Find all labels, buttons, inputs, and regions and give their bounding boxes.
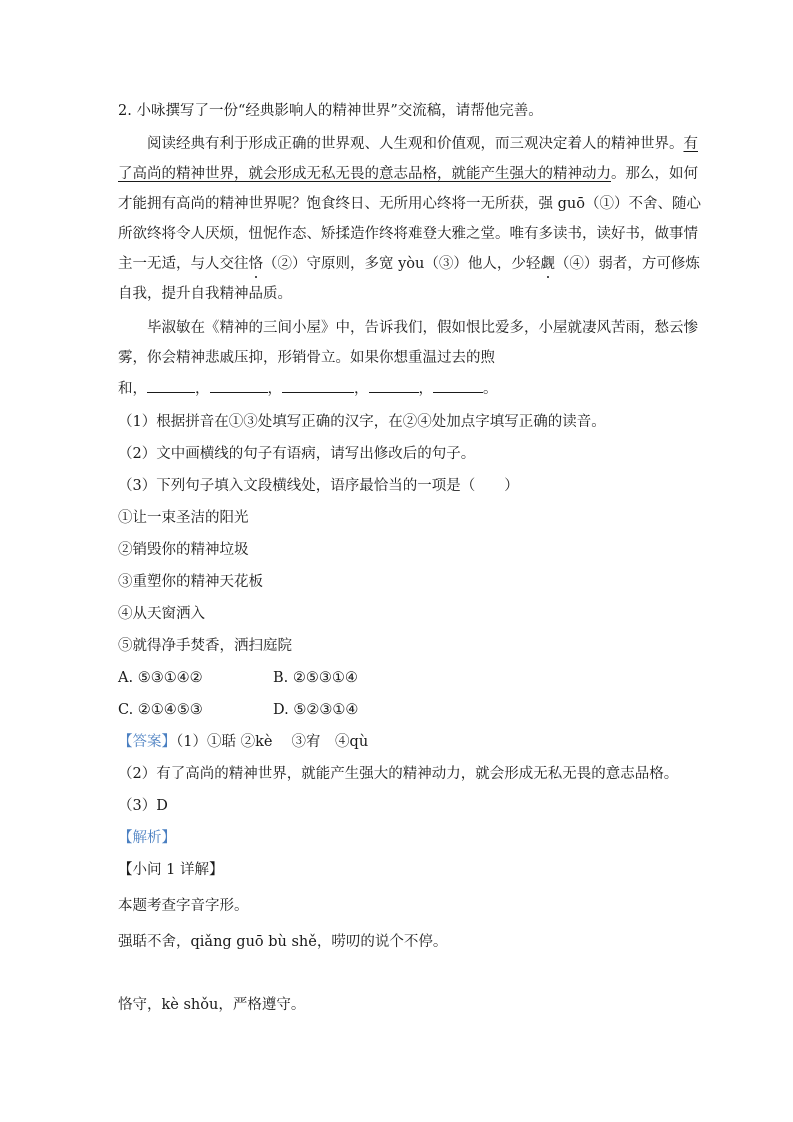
option-d[interactable]: D. ⑤②③①④ (273, 700, 358, 720)
para1-text: （④）弱者，方可修炼 (555, 256, 700, 272)
analysis-tag: 【解析】 (118, 828, 176, 848)
comma: ， (354, 381, 369, 397)
answer-2: （2）有了高尚的精神世界，就能产生强大的精神动力，就会形成无私无畏的意志品格。 (118, 764, 678, 784)
fill-blank-3[interactable] (282, 378, 354, 393)
dotted-char-qu: 觑 (540, 254, 555, 274)
analysis-subtitle: 【小问 1 详解】 (118, 860, 223, 880)
para1-line3: 才能拥有高尚的精神世界呢？饱食终日、无所用心终将一无所获，强 guō（①）不舍、… (118, 194, 701, 214)
para1-text: 。那么，如何 (611, 166, 698, 182)
fill-blank-4[interactable] (369, 378, 419, 393)
answer-3: （3）D (118, 796, 168, 816)
comma: ， (268, 381, 283, 397)
para1-line5: 主一无适，与人交往恪（②）守原则，多宽 yòu（③）他人，少轻觑（④）弱者，方可… (118, 254, 700, 274)
para2-line1: 毕淑敏在《精神的三间小屋》中，告诉我们，假如恨比爱多，小屋就凄风苦雨，愁云惨 (147, 318, 698, 338)
options-row-2: C. ②①④⑤③ D. ⑤②③①④ (118, 700, 518, 720)
underlined-sentence-start: 有 (684, 136, 699, 152)
sentence-1: ①让一束圣洁的阳光 (118, 508, 249, 528)
sub-question-3: （3）下列句子填入文段横线处，语序最恰当的一项是（ ） (118, 476, 519, 496)
option-a[interactable]: A. ⑤③①④② (118, 670, 203, 686)
question-title: 2. 小咏撰写了一份“经典影响人的精神世界”交流稿，请帮他完善。 (118, 101, 543, 121)
options-row-1: A. ⑤③①④② B. ②⑤③①④ (118, 668, 518, 688)
sentence-4: ④从天窗洒入 (118, 604, 205, 624)
answer-line-1: 【答案】（1）①聒 ②kè ③宥 ④qù (118, 732, 368, 752)
fill-blank-2[interactable] (210, 378, 268, 393)
para1-text: 主一无适，与人交往 (118, 256, 249, 272)
para2-line2: 雾，你会精神悲戚压抑，形销骨立。如果你想重温过去的煦 (118, 348, 495, 368)
fill-blank-5[interactable] (433, 378, 483, 393)
sentence-5: ⑤就得净手焚香，洒扫庭院 (118, 636, 292, 656)
period: 。 (483, 381, 498, 397)
para1-line4: 所欲终将令人厌烦，忸怩作态、矫揉造作终将难登大雅之堂。唯有多读书，读好书，做事情 (118, 224, 698, 244)
sentence-2: ②销毁你的精神垃圾 (118, 540, 249, 560)
para2-text: 和， (118, 381, 147, 397)
para2-line3-blanks: 和，，，，，。 (118, 378, 498, 398)
underlined-sentence: 了高尚的精神世界，就会形成无私无畏的意志品格，就能产生强大的精神动力 (118, 166, 611, 182)
analysis-item-1: 强聒不舍，qiǎng guō bù shě，唠叨的说个不停。 (118, 932, 447, 952)
para1-line6: 自我，提升自我精神品质。 (118, 284, 292, 304)
comma: ， (419, 381, 434, 397)
dotted-char-ke: 恪 (249, 254, 264, 274)
sentence-3: ③重塑你的精神天花板 (118, 572, 263, 592)
analysis-intro: 本题考查字音字形。 (118, 896, 249, 916)
para1-text: （②）守原则，多宽 yòu（③）他人，少轻 (263, 256, 540, 272)
option-c[interactable]: C. ②①④⑤③ (118, 702, 203, 718)
comma: ， (195, 381, 210, 397)
sub-question-1: （1）根据拼音在①③处填写正确的汉字，在②④处加点字填写正确的读音。 (118, 412, 606, 432)
para1-text: 阅读经典有利于形成正确的世界观、人生观和价值观，而三观决定着人的精神世界。 (147, 136, 684, 152)
para1-line2: 了高尚的精神世界，就会形成无私无畏的意志品格，就能产生强大的精神动力。那么，如何 (118, 164, 698, 184)
para1-line1: 阅读经典有利于形成正确的世界观、人生观和价值观，而三观决定着人的精神世界。有 (147, 134, 698, 154)
answer-1: （1）①聒 ②kè ③宥 ④qù (176, 734, 368, 750)
analysis-item-2: 恪守，kè shǒu，严格遵守。 (118, 995, 305, 1015)
fill-blank-1[interactable] (147, 378, 195, 393)
sub-question-2: （2）文中画横线的句子有语病，请写出修改后的句子。 (118, 444, 475, 464)
option-b[interactable]: B. ②⑤③①④ (273, 668, 358, 688)
answer-tag: 【答案】 (118, 734, 176, 750)
